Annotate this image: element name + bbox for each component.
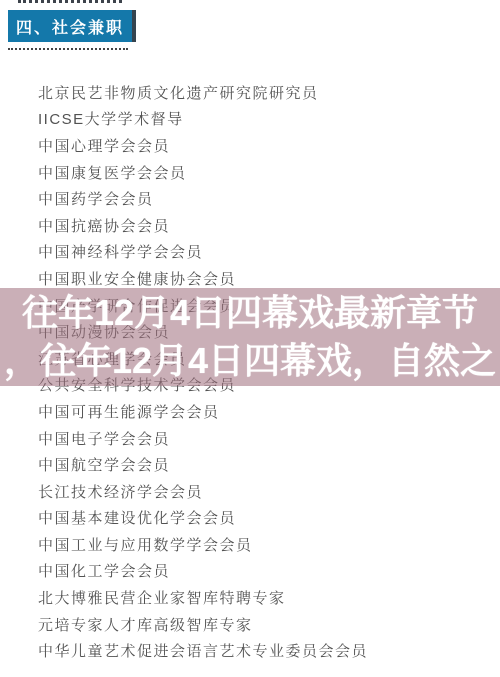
- list-item: 中国工业与应用数学学会会员: [38, 531, 490, 558]
- list-item: 中国药学会会员: [38, 185, 490, 212]
- list-item: 中国心理学会会员: [38, 132, 490, 159]
- overlay-title: 往年12月4日四幕戏最新章节 ，往年12月4日四幕戏，自然之: [0, 289, 500, 385]
- list-item: 中国康复医学会会员: [38, 159, 490, 186]
- dotted-divider: [8, 48, 128, 50]
- overlay-title-line1: 往年12月4日四幕戏最新章节: [0, 289, 500, 337]
- list-item: 中国电子学会会员: [38, 425, 490, 452]
- list-item: 中国基本建设优化学会会员: [38, 505, 490, 532]
- cropped-dotted-divider: [18, 0, 122, 3]
- section-tab-label: 四、社会兼职: [16, 15, 124, 38]
- list-item: 中国抗癌协会会员: [38, 212, 490, 239]
- list-item: 中国神经科学学会会员: [38, 239, 490, 266]
- list-item: 北京民艺非物质文化遗产研究院研究员: [38, 79, 490, 106]
- page: 四、社会兼职 北京民艺非物质文化遗产研究院研究员IICSE大学学术督导中国心理学…: [0, 0, 500, 677]
- list-item: 中华儿童艺术促进会语言艺术专业委员会会员: [38, 637, 490, 664]
- section-tab-social-positions[interactable]: 四、社会兼职: [8, 10, 136, 42]
- list-item: IICSE大学学术督导: [38, 106, 490, 133]
- overlay-title-line2: ，往年12月4日四幕戏，自然之: [0, 337, 500, 385]
- list-item: 元培专家人才库高级智库专家: [38, 611, 490, 638]
- title-overlay: 往年12月4日四幕戏最新章节 ，往年12月4日四幕戏，自然之: [0, 288, 500, 386]
- list-item: 中国化工学会会员: [38, 558, 490, 585]
- list-item: 北大博雅民营企业家智库特聘专家: [38, 584, 490, 611]
- list-item: 中国航空学会会员: [38, 451, 490, 478]
- list-item: 长江技术经济学会会员: [38, 478, 490, 505]
- list-item: 中国可再生能源学会会员: [38, 398, 490, 425]
